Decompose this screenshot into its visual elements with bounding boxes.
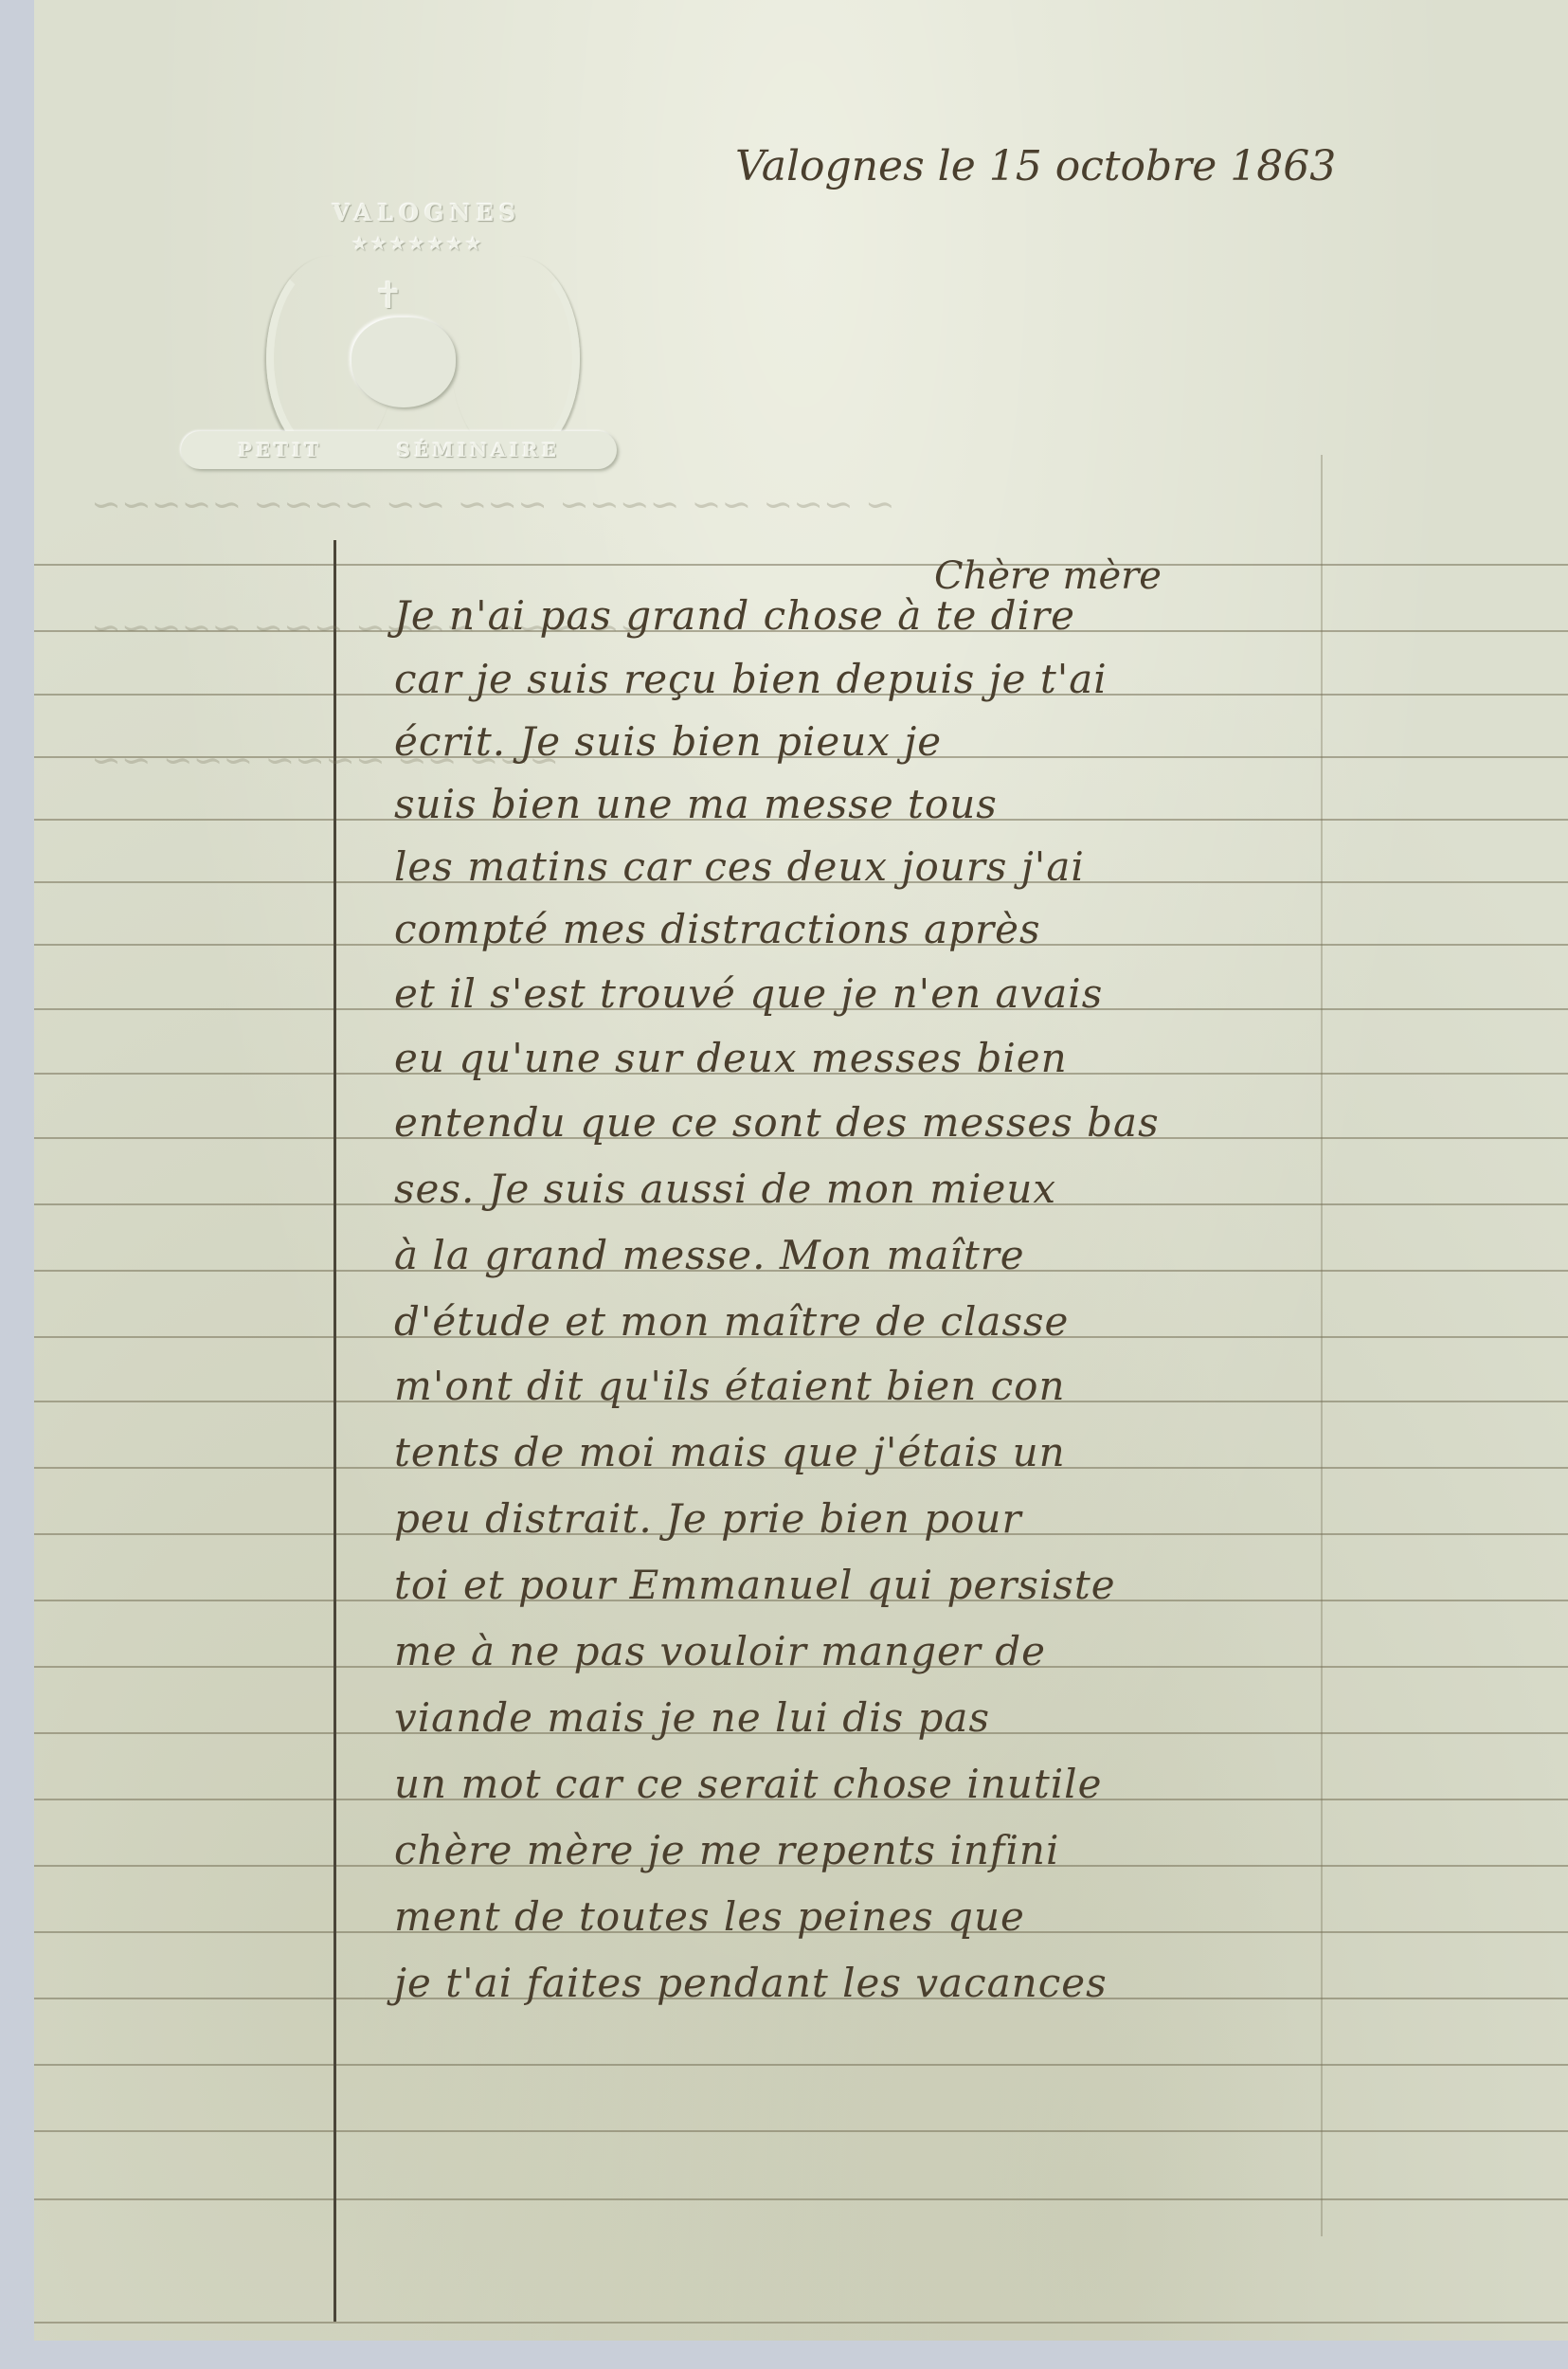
letter-line: viande mais je ne lui dis pas xyxy=(394,1694,990,1741)
dateline: Valognes le 15 octobre 1863 xyxy=(735,142,1336,190)
letter-line: car je suis reçu bien depuis je t'ai xyxy=(394,656,1108,702)
letter-line: un mot car ce serait chose inutile xyxy=(394,1761,1102,1807)
letter-line: Je n'ai pas grand chose à te dire xyxy=(394,592,1075,639)
letter-paper: ~ ~~~ ~~ ~~~~ ~~~ ~~ ~~~~ ~~~~~ ~~ ~~~ ~… xyxy=(34,0,1568,2341)
letter-line: chère mère je me repents infini xyxy=(394,1827,1059,1873)
right-fold-line xyxy=(1321,455,1323,2236)
banner-left-text: PETIT xyxy=(238,439,322,461)
ruled-line xyxy=(34,2322,1568,2324)
letter-line: ses. Je suis aussi de mon mieux xyxy=(394,1166,1056,1212)
letter-line: d'étude et mon maître de classe xyxy=(394,1298,1069,1345)
crest-banner: PETIT SÉMINAIRE xyxy=(181,431,617,469)
letter-line: à la grand messe. Mon maître xyxy=(394,1232,1025,1278)
letter-line: suis bien une ma messe tous xyxy=(394,781,998,827)
letter-line: ment de toutes les peines que xyxy=(394,1893,1025,1940)
letter-line: eu qu'une sur deux messes bien xyxy=(394,1035,1068,1081)
letter-line: peu distrait. Je prie bien pour xyxy=(394,1495,1022,1542)
ruled-line xyxy=(34,2198,1568,2200)
crest-town-name: VALOGNES xyxy=(333,199,521,226)
letter-line: toi et pour Emmanuel qui persiste xyxy=(394,1562,1116,1608)
letter-line: entendu que ce sont des messes bas xyxy=(394,1099,1160,1146)
letter-line: m'ont dit qu'ils étaient bien con xyxy=(394,1363,1066,1409)
letter-line: me à ne pas vouloir manger de xyxy=(394,1628,1046,1674)
letter-line: écrit. Je suis bien pieux je xyxy=(394,718,942,765)
ruled-line xyxy=(34,2130,1568,2132)
banner-right-text: SÉMINAIRE xyxy=(397,439,560,461)
ruled-line xyxy=(34,2064,1568,2066)
letter-line: les matins car ces deux jours j'ai xyxy=(394,843,1085,890)
letter-line: je t'ai faites pendant les vacances xyxy=(394,1960,1108,2006)
crest-stars-icon: ★★★★★★★ xyxy=(351,232,484,255)
laurel-wreath-right-icon xyxy=(451,256,580,461)
letter-line: tents de moi mais que j'étais un xyxy=(394,1429,1066,1475)
letter-line: compté mes distractions après xyxy=(394,906,1041,952)
cross-icon: ✝ xyxy=(373,275,404,316)
letter-line: et il s'est trouvé que je n'en avais xyxy=(394,970,1103,1017)
ruled-line xyxy=(34,564,1568,566)
embossed-crest: VALOGNES ★★★★★★★ ✝ PETIT SÉMINAIRE xyxy=(138,171,707,531)
sacred-heart-icon xyxy=(351,317,456,407)
left-margin-line xyxy=(333,540,336,2322)
